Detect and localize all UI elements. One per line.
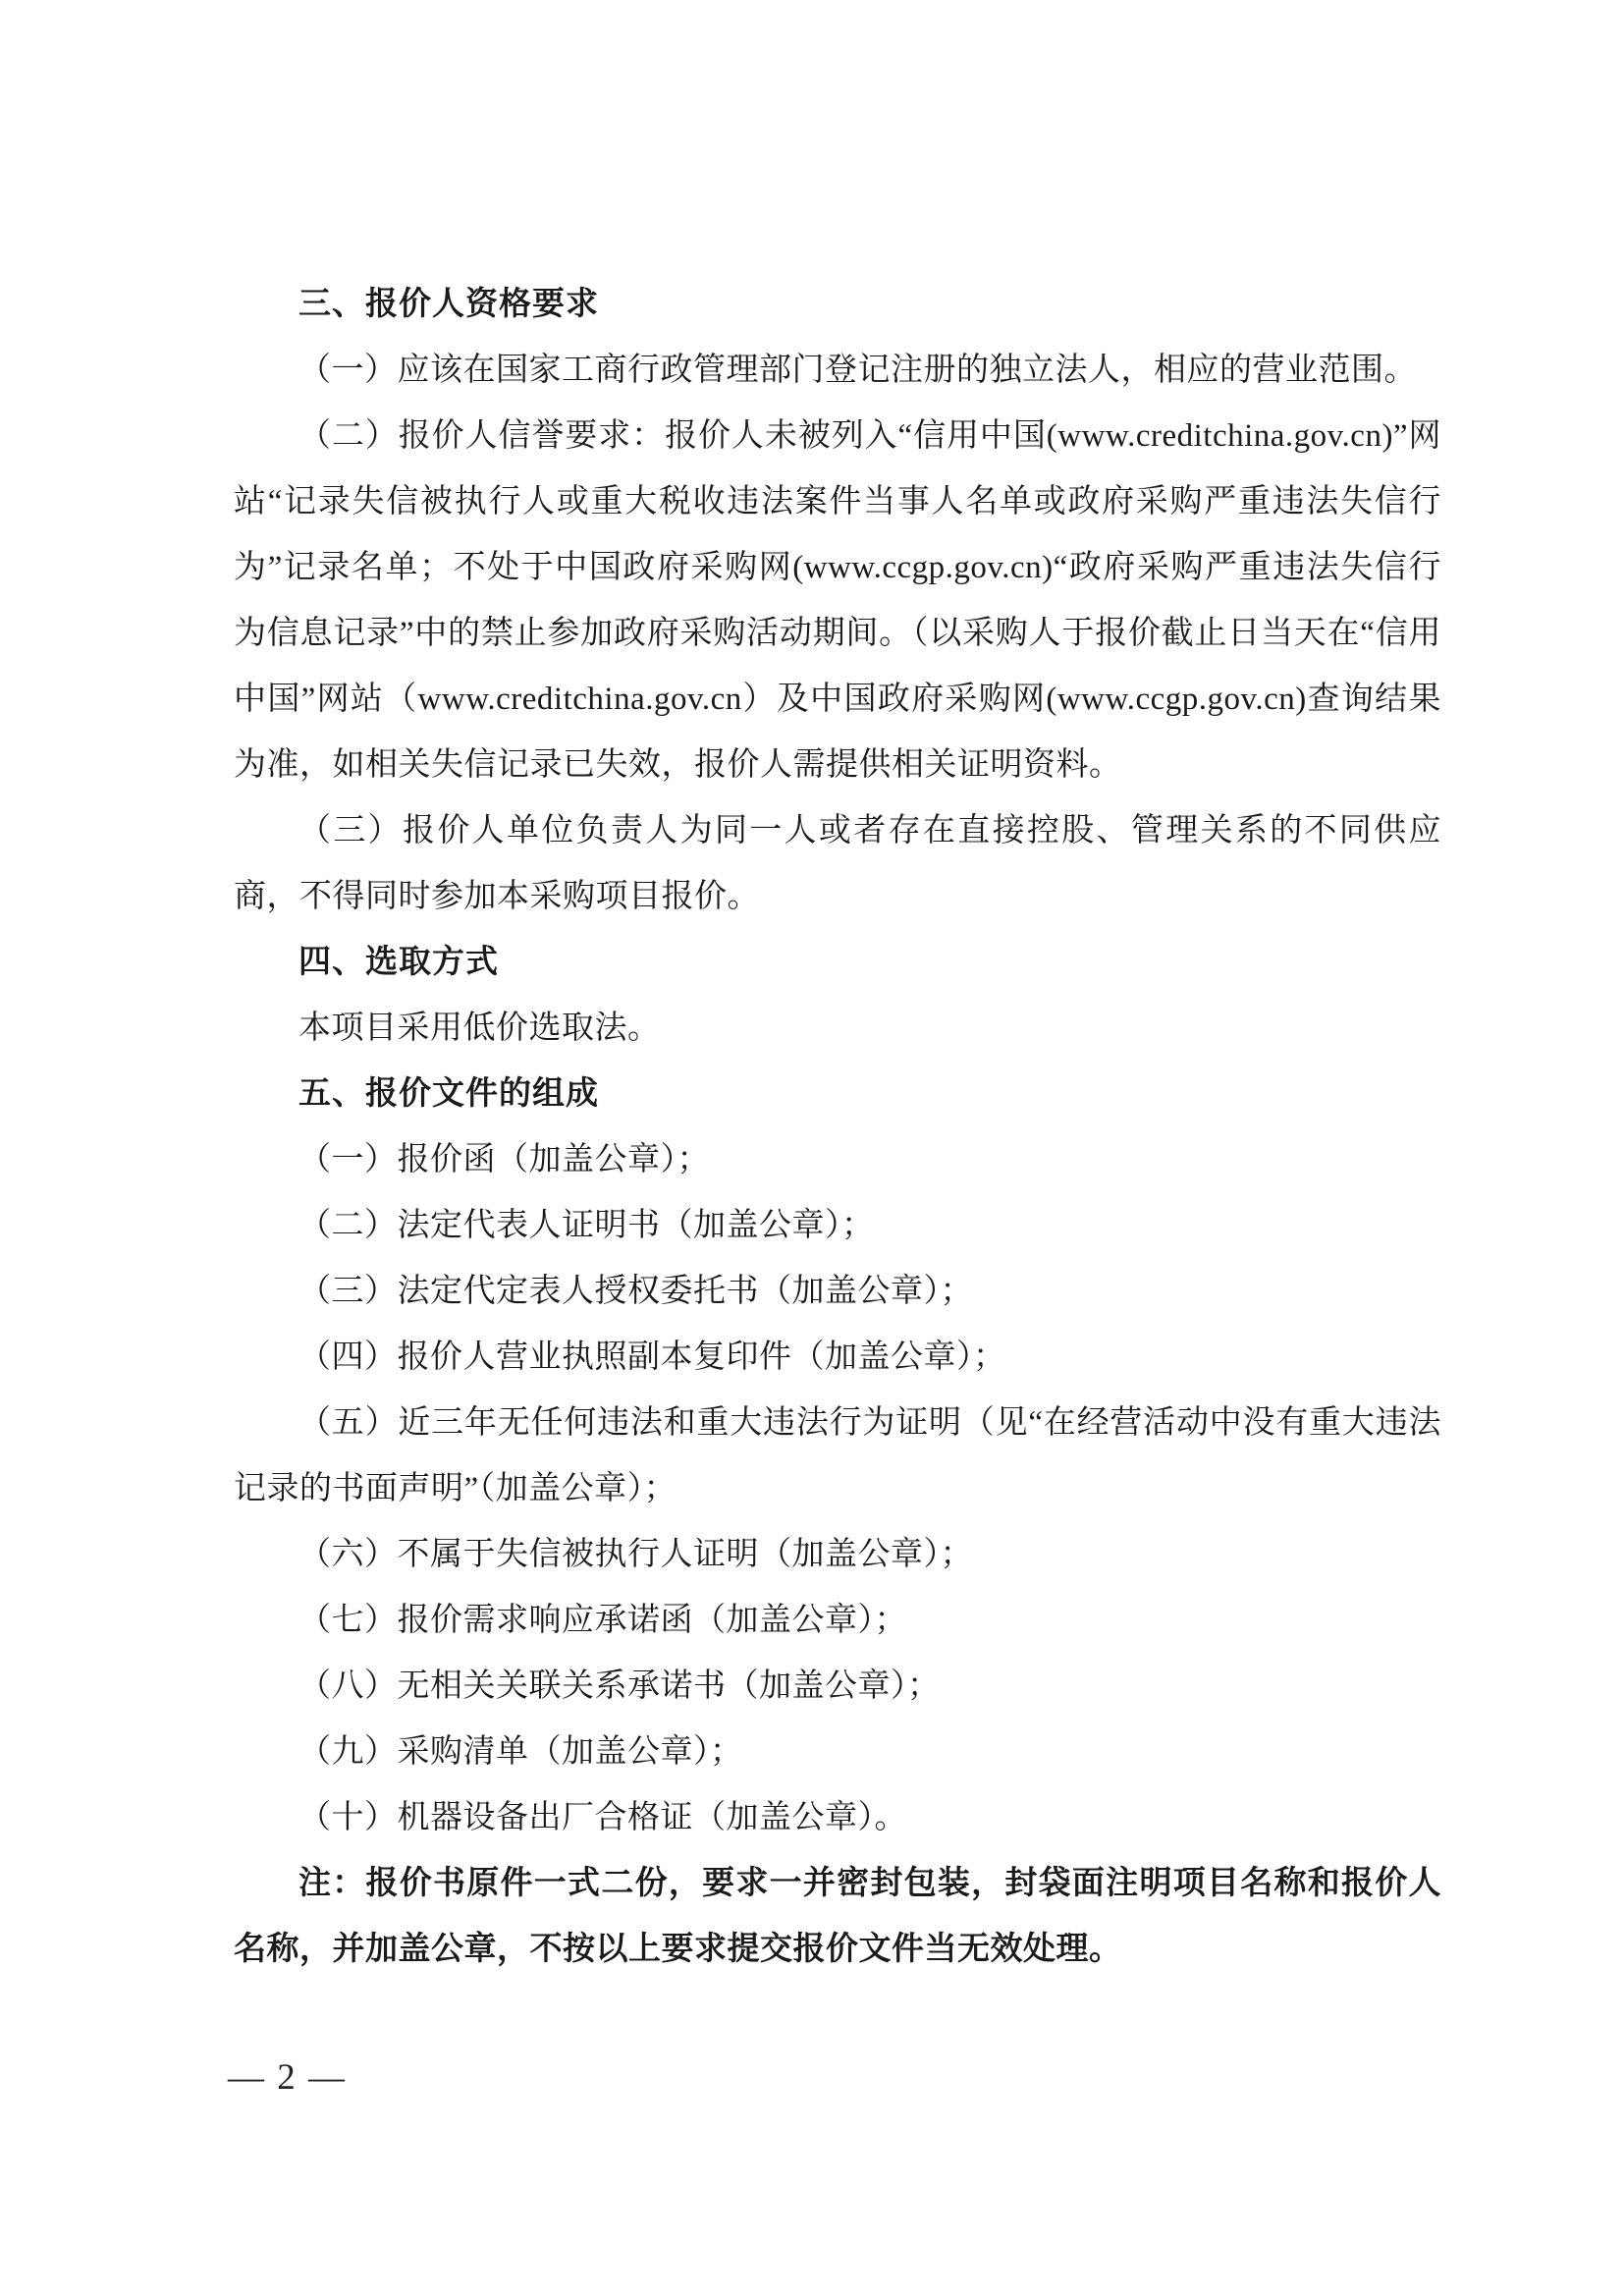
- paragraph-selection-method: 本项目采用低价选取法。: [234, 996, 1441, 1062]
- list-item-1: （一）报价函（加盖公章）；: [234, 1127, 1441, 1193]
- note-paragraph: 注：报价书原件一式二份，要求一并密封包装，封袋面注明项目名称和报价人名称，并加盖…: [234, 1851, 1441, 1983]
- list-item-7: （七）报价需求响应承诺函（加盖公章）；: [234, 1588, 1441, 1654]
- list-item-10: （十）机器设备出厂合格证（加盖公章）。: [234, 1785, 1441, 1851]
- section-heading-qualification: 三、报价人资格要求: [234, 272, 1441, 338]
- document-body: 三、报价人资格要求 （一）应该在国家工商行政管理部门登记注册的独立法人，相应的营…: [234, 272, 1441, 1983]
- section-heading-composition: 五、报价文件的组成: [234, 1062, 1441, 1127]
- list-item-4: （四）报价人营业执照副本复印件（加盖公章）；: [234, 1325, 1441, 1391]
- list-item-9: （九）采购清单（加盖公章）；: [234, 1720, 1441, 1785]
- list-item-8: （八）无相关关联关系承诺书（加盖公章）；: [234, 1654, 1441, 1720]
- paragraph-item-1: （一）应该在国家工商行政管理部门登记注册的独立法人，相应的营业范围。: [234, 338, 1441, 404]
- paragraph-item-3: （三）报价人单位负责人为同一人或者存在直接控股、管理关系的不同供应商，不得同时参…: [234, 798, 1441, 930]
- list-item-2: （二）法定代表人证明书（加盖公章）；: [234, 1193, 1441, 1259]
- document-page: 三、报价人资格要求 （一）应该在国家工商行政管理部门登记注册的独立法人，相应的营…: [0, 0, 1624, 2296]
- paragraph-item-2: （二）报价人信誉要求：报价人未被列入“信用中国(www.creditchina.…: [234, 404, 1441, 798]
- section-heading-selection: 四、选取方式: [234, 930, 1441, 996]
- page-number: — 2 —: [228, 2058, 347, 2098]
- list-item-6: （六）不属于失信被执行人证明（加盖公章）；: [234, 1522, 1441, 1588]
- list-item-5: （五）近三年无任何违法和重大违法行为证明（见“在经营活动中没有重大违法记录的书面…: [234, 1391, 1441, 1522]
- list-item-3: （三）法定代定表人授权委托书（加盖公章）；: [234, 1259, 1441, 1325]
